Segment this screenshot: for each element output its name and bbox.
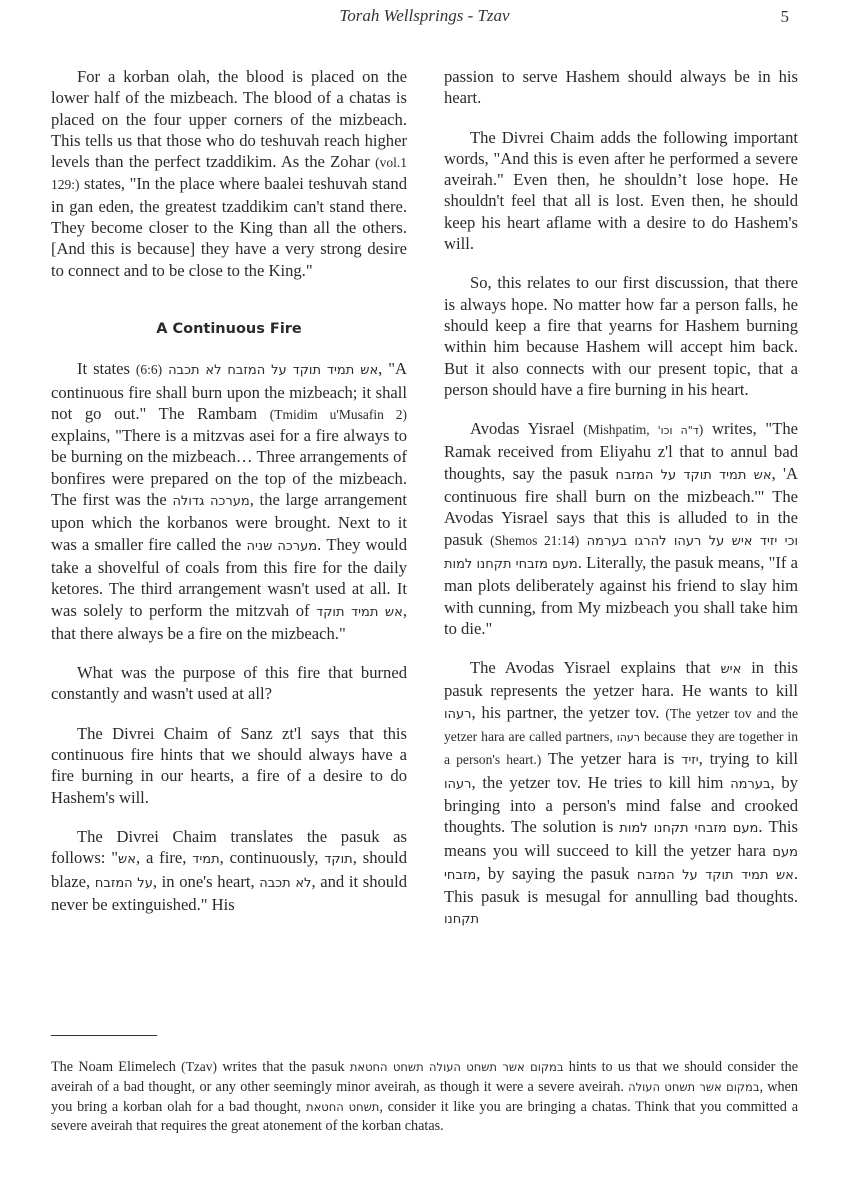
paragraph-explains: The Avodas Yisrael explains that איש in … xyxy=(444,657,798,931)
hebrew-term: רעהו xyxy=(444,707,472,722)
hebrew-term: תשחט החטאת xyxy=(306,1100,379,1114)
source-reference: (Tzav) xyxy=(181,1059,217,1074)
page-number: 5 xyxy=(781,7,790,27)
hebrew-term: אש xyxy=(118,852,136,867)
paragraph-avodas-yisrael: Avodas Yisrael (Mishpatim, ד"ה וכו') wri… xyxy=(444,418,798,639)
text: , in one's heart, xyxy=(153,872,259,891)
hebrew-term: תמיד xyxy=(192,852,219,867)
section-heading: A Continuous Fire xyxy=(51,319,407,340)
text: , a fire, xyxy=(136,848,192,867)
hebrew-quote: במקום אשר תשחט העולה תשחט החטאת xyxy=(350,1060,564,1074)
text: The yetzer hara is xyxy=(541,749,681,768)
footnote-divider xyxy=(51,1035,157,1036)
hebrew-term: לא תכבה xyxy=(259,876,311,891)
source-reference: (6:6) xyxy=(136,362,162,377)
hebrew-term: מערכה שניה xyxy=(247,539,318,554)
text: , his partner, the yetzer tov. xyxy=(472,703,666,722)
hebrew-quote: אש תמיד תוקד על המזבח xyxy=(616,468,772,483)
text: Avodas Yisrael xyxy=(470,419,583,438)
hebrew-term: רעהו xyxy=(617,731,640,744)
hebrew-term: מעם מזבחי תקחנו למות xyxy=(619,821,758,836)
text: It states xyxy=(77,359,136,378)
footnote: The Noam Elimelech (Tzav) writes that th… xyxy=(51,1057,798,1137)
paragraph-translation: The Divrei Chaim translates the pasuk as… xyxy=(51,826,407,915)
text: , continuously, xyxy=(220,848,325,867)
paragraph-it-states: It states (6:6) אש תמיד תוקד על המזבח לא… xyxy=(51,358,407,644)
source-reference: (Shemos 21:14) xyxy=(490,533,579,548)
paragraph-question: What was the purpose of this fire that b… xyxy=(51,662,407,705)
paragraph-continued: passion to serve Hashem should always be… xyxy=(444,66,798,109)
text: The Avodas Yisrael explains that xyxy=(470,658,720,677)
text: The Noam Elimelech xyxy=(51,1059,181,1075)
hebrew-term: ד"ה וכו' xyxy=(658,424,699,437)
text: states, "In the place where baalei teshu… xyxy=(51,174,407,279)
source-reference: (Mishpatim, ד"ה וכו') xyxy=(583,422,703,437)
hebrew-term: תוקד xyxy=(324,852,352,867)
running-title: Torah Wellsprings - Tzav xyxy=(0,6,849,26)
text: , by saying the pasuk xyxy=(476,864,637,883)
hebrew-term: יזיד xyxy=(681,753,698,768)
hebrew-term: רעהו xyxy=(444,777,472,792)
text: For a korban olah, the blood is placed o… xyxy=(51,67,407,171)
hebrew-term: מערכה גדולה xyxy=(172,494,249,509)
paragraph-divrei-chaim: The Divrei Chaim of Sanz zt'l says that … xyxy=(51,723,407,808)
text: , trying to kill xyxy=(699,749,798,768)
hebrew-term: על המזבח xyxy=(95,876,153,891)
running-header: Torah Wellsprings - Tzav 5 xyxy=(0,6,849,30)
paragraph-korban-olah: For a korban olah, the blood is placed o… xyxy=(51,66,407,281)
hebrew-quote: אש תמיד תוקד על המזבח לא תכבה xyxy=(168,363,378,378)
source-reference: (Tmidim u'Musafin 2) xyxy=(270,407,407,422)
paragraph-divrei-chaim-adds: The Divrei Chaim adds the following impo… xyxy=(444,127,798,255)
paragraph-first-discussion: So, this relates to our first discussion… xyxy=(444,272,798,400)
text: (Mishpatim, xyxy=(583,422,657,437)
hebrew-term: איש xyxy=(720,662,741,677)
hebrew-term: תקחנו xyxy=(444,912,479,927)
left-column: For a korban olah, the blood is placed o… xyxy=(51,66,407,933)
hebrew-term: במקום אשר תשחט העולה xyxy=(628,1080,759,1094)
text: , the yetzer tov. He tries to kill him xyxy=(472,773,731,792)
hebrew-quote: אש תמיד תוקד על המזבח xyxy=(637,868,794,883)
hebrew-term: אש תמיד תוקד xyxy=(316,605,403,620)
text: writes that the pasuk xyxy=(217,1059,350,1075)
right-column: passion to serve Hashem should always be… xyxy=(444,66,798,949)
hebrew-term: בערמה xyxy=(730,777,770,792)
